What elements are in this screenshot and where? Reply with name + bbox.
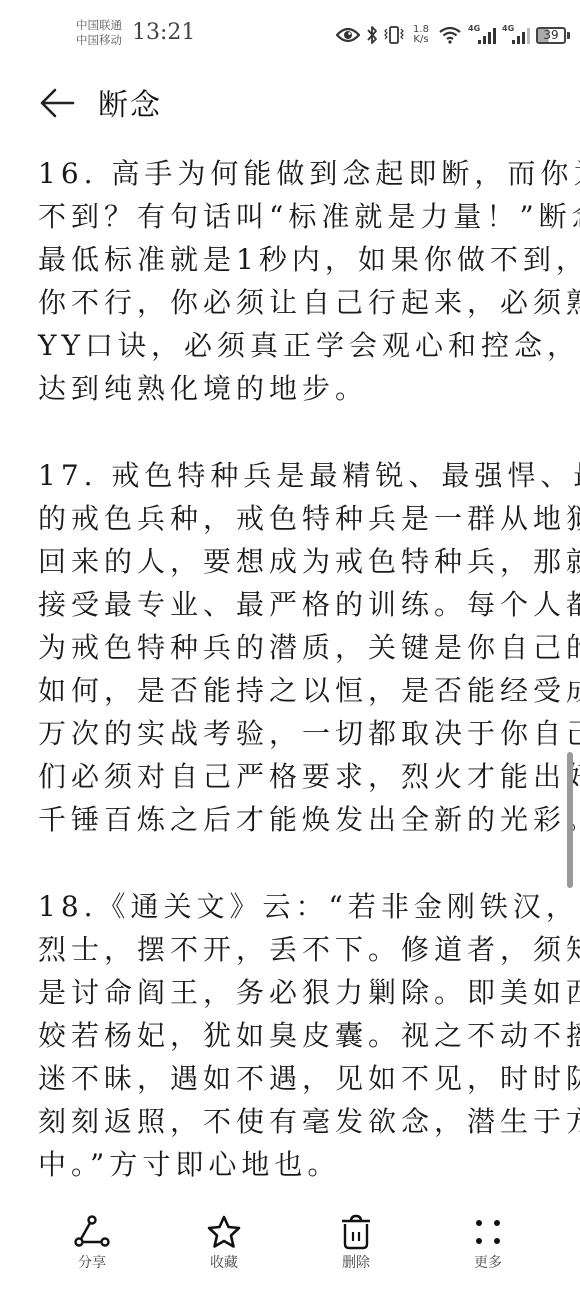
favorite-label: 收藏 [210, 1252, 238, 1272]
note-content: 16. 高手为何能做到念起即断，而你为何做 不到？有句话叫“标准就是力量！”断念… [38, 152, 550, 1230]
favorite-button[interactable]: 收藏 [184, 1214, 264, 1272]
text-line: 回来的人，要想成为戒色特种兵，那就必须 [38, 540, 550, 583]
carrier-2: 中国移动 [76, 33, 122, 48]
trash-icon [336, 1214, 376, 1250]
vibrate-icon [384, 26, 404, 44]
wifi-icon [438, 26, 462, 44]
text-line: 达到纯熟化境的地步。 [38, 367, 550, 410]
app-header: 断念 [0, 78, 580, 134]
clock: 13:21 [132, 20, 195, 45]
text-line: 中。”方寸即心地也。 [38, 1143, 550, 1186]
text-line: 是讨命阎王，务必狠力剿除。即美如西施， [38, 971, 550, 1014]
status-bar: 中国联通 中国移动 13:21 1.8 K/s 4G 4G 39 [0, 0, 580, 60]
more-dots-icon [468, 1214, 508, 1250]
paragraph-18: 18.《通关文》云：“若非金刚铁汉，丈夫 烈士，摆不开，丢不下。修道者，须知色魔… [38, 885, 550, 1186]
signal-4g-icon: 4G [468, 24, 496, 46]
text-line: 接受最专业、最严格的训练。每个人都有成 [38, 583, 550, 626]
share-label: 分享 [78, 1252, 106, 1272]
delete-label: 删除 [342, 1252, 370, 1272]
text-line: YY口诀，必须真正学会观心和控念，而且要 [38, 324, 550, 367]
page-title: 断念 [98, 84, 162, 128]
text-line: 17. 戒色特种兵是最精锐、最强悍、最坚定 [38, 454, 550, 497]
back-button[interactable] [36, 84, 78, 126]
paragraph-16: 16. 高手为何能做到念起即断，而你为何做 不到？有句话叫“标准就是力量！”断念… [38, 152, 550, 410]
net-speed-unit: K/s [413, 35, 428, 45]
text-line: 迷不昧，遇如不遇，见如不见，时时防备， [38, 1057, 550, 1100]
text-line: 的戒色兵种，戒色特种兵是一群从地狱中爬 [38, 497, 550, 540]
text-line: 刻刻返照，不使有毫发欲念，潜生于方寸之 [38, 1100, 550, 1143]
bluetooth-icon [366, 25, 378, 45]
text-line: 为戒色特种兵的潜质，关键是你自己的决心 [38, 626, 550, 669]
text-line: 千锤百炼之后才能焕发出全新的光彩。 [38, 798, 550, 841]
text-line: 万次的实战考验，一切都取决于你自己。我 [38, 712, 550, 755]
status-icons: 1.8 K/s 4G 4G 39 [336, 20, 570, 50]
text-line: 如何，是否能持之以恒，是否能经受成千上 [38, 669, 550, 712]
more-button[interactable]: 更多 [448, 1214, 528, 1272]
text-line: 不到？有句话叫“标准就是力量！”断念的 [38, 195, 550, 238]
more-label: 更多 [474, 1252, 502, 1272]
text-line: 18.《通关文》云：“若非金刚铁汉，丈夫 [38, 885, 550, 928]
text-line: 烈士，摆不开，丢不下。修道者，须知色魔 [38, 928, 550, 971]
signal-4g-icon-2: 4G [502, 24, 530, 46]
share-icon [72, 1214, 112, 1250]
delete-button[interactable]: 删除 [316, 1214, 396, 1272]
text-line: 16. 高手为何能做到念起即断，而你为何做 [38, 152, 550, 195]
text-line: 最低标准就是1秒内，如果你做不到，那就是 [38, 238, 550, 281]
network-speed: 1.8 K/s [410, 25, 432, 45]
paragraph-17: 17. 戒色特种兵是最精锐、最强悍、最坚定 的戒色兵种，戒色特种兵是一群从地狱中… [38, 454, 550, 841]
bottom-toolbar: 分享 收藏 删除 更多 [0, 1194, 580, 1289]
arrow-left-icon [39, 88, 75, 122]
carrier-info: 中国联通 中国移动 [76, 18, 122, 48]
carrier-1: 中国联通 [76, 18, 122, 33]
text-line: 你不行，你必须让自己行起来，必须熟背断 [38, 281, 550, 324]
battery-icon: 39 [536, 27, 570, 44]
scrollbar[interactable] [567, 752, 573, 888]
battery-level: 39 [543, 28, 558, 42]
share-button[interactable]: 分享 [52, 1214, 132, 1272]
text-line: 姣若杨妃，犹如臭皮囊。视之不动不摇，不 [38, 1014, 550, 1057]
text-line: 们必须对自己严格要求，烈火才能出好钢， [38, 755, 550, 798]
star-icon [204, 1214, 244, 1250]
eye-icon [336, 27, 360, 43]
